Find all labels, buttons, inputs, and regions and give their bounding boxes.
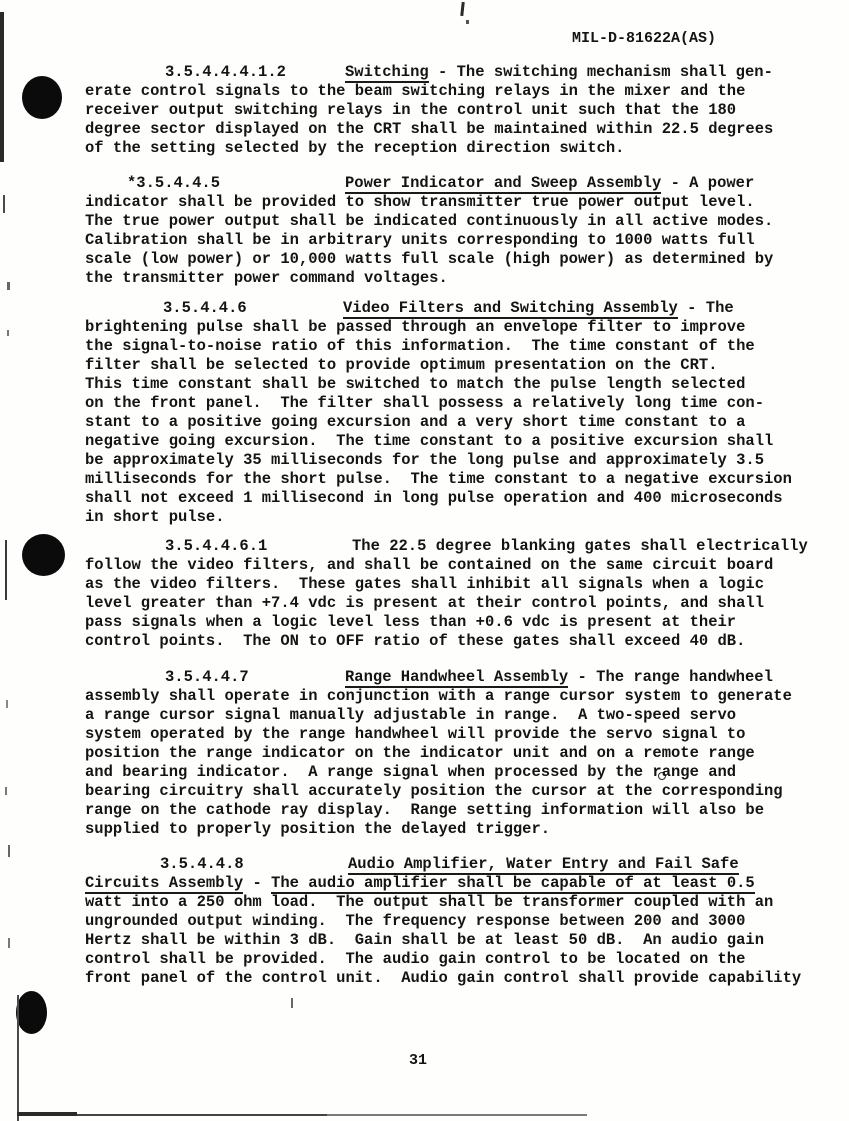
paragraph-blanking-gates: 3.5.4.4.6.1The 22.5 degree blanking gate… — [85, 537, 845, 651]
section-title: Switching — [345, 63, 429, 83]
section-text: - The — [678, 299, 734, 317]
section-first-line: *3.5.4.4.5Power Indicator and Sweep Asse… — [85, 174, 845, 193]
page-number: 31 — [409, 1052, 427, 1069]
text-line: pass signals when a logic level less tha… — [85, 613, 845, 632]
section-text: - The switching mechanism shall gen- — [429, 63, 773, 81]
text-line: milliseconds for the short pulse. The ti… — [85, 470, 845, 489]
section-text: - The range handwheel — [568, 668, 773, 686]
paragraph-range-handwheel: 3.5.4.4.7Range Handwheel Assembly - The … — [85, 668, 845, 839]
scan-line-artifact — [8, 845, 10, 857]
section-number: 3.5.4.4.6 — [163, 299, 343, 318]
text-line: front panel of the control unit. Audio g… — [85, 969, 845, 988]
text-line: watt into a 250 ohm load. The output sha… — [85, 893, 845, 912]
text-line: of the setting selected by the reception… — [85, 139, 845, 158]
text-line: The true power output shall be indicated… — [85, 212, 845, 231]
section-body: brightening pulse shall be passed throug… — [85, 318, 845, 527]
scan-line-artifact — [6, 700, 8, 708]
paragraph-switching: 3.5.4.4.4.1.2Switching - The switching m… — [85, 63, 845, 158]
scan-line-artifact — [3, 195, 5, 213]
section-body: follow the video filters, and shall be c… — [85, 556, 845, 651]
text-line: follow the video filters, and shall be c… — [85, 556, 845, 575]
section-title: Audio Amplifier, Water Entry and Fail Sa… — [348, 855, 739, 875]
section-title: Video Filters and Switching Assembly — [343, 299, 678, 319]
text-line: receiver output switching relays in the … — [85, 101, 845, 120]
text-line: position the range indicator on the indi… — [85, 744, 845, 763]
section-body: assembly shall operate in conjunction wi… — [85, 687, 845, 839]
section-number: 3.5.4.4.6.1 — [165, 537, 352, 556]
scan-bottom-line — [17, 1112, 77, 1116]
text-line: range on the cathode ray display. Range … — [85, 801, 845, 820]
section-number: 3.5.4.4.7 — [165, 668, 345, 687]
text-line: assembly shall operate in conjunction wi… — [85, 687, 845, 706]
text-line: a range cursor signal manually adjustabl… — [85, 706, 845, 725]
section-number: 3.5.4.4.4.1.2 — [165, 63, 345, 82]
scan-line-artifact — [5, 787, 7, 795]
section-text: The 22.5 degree blanking gates shall ele… — [352, 537, 808, 555]
text-line: indicator shall be provided to show tran… — [85, 193, 845, 212]
section-second-line: Circuits Assembly - The audio amplifier … — [85, 874, 845, 893]
text-line: on the front panel. The filter shall pos… — [85, 394, 845, 413]
punch-hole-icon — [16, 991, 47, 1034]
section-separator: - — [243, 874, 271, 892]
section-title-continued: Circuits Assembly — [85, 874, 243, 894]
text-line: supplied to properly position the delaye… — [85, 820, 845, 839]
text-line: be approximately 35 milliseconds for the… — [85, 451, 845, 470]
scan-line-artifact — [17, 995, 19, 1121]
text-line: system operated by the range handwheel w… — [85, 725, 845, 744]
punch-hole-icon — [22, 534, 65, 576]
paragraph-audio-amplifier: 3.5.4.4.8Audio Amplifier, Water Entry an… — [85, 855, 845, 988]
section-body: watt into a 250 ohm load. The output sha… — [85, 893, 845, 988]
text-line: and bearing indicator. A range signal wh… — [85, 763, 845, 782]
text-line: This time constant shall be switched to … — [85, 375, 845, 394]
scan-line-artifact — [5, 540, 7, 600]
text-line: bearing circuitry shall accurately posit… — [85, 782, 845, 801]
scan-line-artifact — [7, 282, 10, 290]
scan-bottom-line — [327, 1114, 587, 1116]
section-first-line: 3.5.4.4.4.1.2Switching - The switching m… — [85, 63, 845, 82]
text-line: degree sector displayed on the CRT shall… — [85, 120, 845, 139]
scan-line-artifact — [460, 2, 464, 16]
text-line: in short pulse. — [85, 508, 845, 527]
section-first-line: 3.5.4.4.6Video Filters and Switching Ass… — [85, 299, 845, 318]
section-first-line: 3.5.4.4.7Range Handwheel Assembly - The … — [85, 668, 845, 687]
section-first-line: 3.5.4.4.8Audio Amplifier, Water Entry an… — [85, 855, 845, 874]
paragraph-power-indicator: *3.5.4.4.5Power Indicator and Sweep Asse… — [85, 174, 845, 288]
text-line: negative going excursion. The time const… — [85, 432, 845, 451]
scan-line-artifact — [466, 20, 469, 24]
section-number: *3.5.4.4.5 — [127, 174, 345, 193]
scan-line-artifact — [8, 938, 10, 948]
section-body: indicator shall be provided to show tran… — [85, 193, 845, 288]
paragraph-video-filters: 3.5.4.4.6Video Filters and Switching Ass… — [85, 299, 845, 527]
punch-hole-icon — [22, 76, 62, 119]
text-line: the signal-to-noise ratio of this inform… — [85, 337, 845, 356]
text-line: level greater than +7.4 vdc is present a… — [85, 594, 845, 613]
section-number: 3.5.4.4.8 — [160, 855, 348, 874]
text-line: scale (low power) or 10,000 watts full s… — [85, 250, 845, 269]
text-line: control shall be provided. The audio gai… — [85, 950, 845, 969]
text-line: brightening pulse shall be passed throug… — [85, 318, 845, 337]
text-line: as the video filters. These gates shall … — [85, 575, 845, 594]
text-line: stant to a positive going excursion and … — [85, 413, 845, 432]
text-line: shall not exceed 1 millisecond in long p… — [85, 489, 845, 508]
document-id-header: MIL-D-81622A(AS) — [572, 30, 716, 47]
scan-bottom-line — [77, 1114, 327, 1116]
scan-line-artifact — [0, 12, 4, 162]
text-line: filter shall be selected to provide opti… — [85, 356, 845, 375]
document-page: MIL-D-81622A(AS) 3.5.4.4.4.1.2Switching … — [0, 0, 849, 1121]
section-text: The audio amplifier shall be capable of … — [271, 874, 755, 894]
scan-line-artifact — [291, 998, 293, 1008]
scan-line-artifact — [7, 330, 9, 336]
text-line: the transmitter power command voltages. — [85, 269, 845, 288]
text-line: Calibration shall be in arbitrary units … — [85, 231, 845, 250]
section-title: Power Indicator and Sweep Assembly — [345, 174, 661, 194]
text-line: ungrounded output winding. The frequency… — [85, 912, 845, 931]
section-first-line: 3.5.4.4.6.1The 22.5 degree blanking gate… — [85, 537, 845, 556]
text-line: erate control signals to the beam switch… — [85, 82, 845, 101]
text-line: control points. The ON to OFF ratio of t… — [85, 632, 845, 651]
section-text: - A power — [661, 174, 754, 192]
section-body: erate control signals to the beam switch… — [85, 82, 845, 158]
text-line: Hertz shall be within 3 dB. Gain shall b… — [85, 931, 845, 950]
section-title: Range Handwheel Assembly — [345, 668, 568, 688]
